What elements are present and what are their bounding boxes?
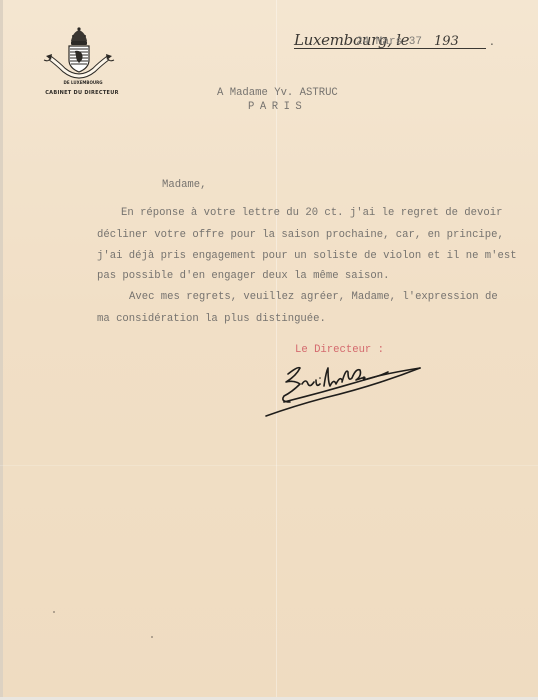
- recipient-city: PARIS: [248, 101, 307, 113]
- body-line: ma considération la plus distinguée.: [97, 313, 326, 325]
- signature-icon: [264, 358, 424, 420]
- paper-speck: [151, 636, 153, 638]
- typed-date: 24 Mars 37: [356, 36, 422, 48]
- paper-speck: [53, 611, 55, 613]
- recipient-name: A Madame Yv. ASTRUC: [217, 87, 338, 99]
- scan-left-edge: [0, 0, 3, 700]
- horizontal-fold-line: [0, 465, 538, 466]
- printed-year: 193: [434, 34, 459, 49]
- letterhead-department: CABINET DU DIRECTEUR: [42, 90, 122, 96]
- letter-page: DE LUXEMBOURG CABINET DU DIRECTEUR Luxem…: [0, 0, 538, 700]
- body-line: décliner votre offre pour la saison proc…: [97, 229, 504, 241]
- letterhead-city: DE LUXEMBOURG: [58, 80, 108, 85]
- dateline-dot: .: [490, 34, 494, 48]
- body-line: Avec mes regrets, veuillez agréer, Madam…: [129, 291, 498, 303]
- body-line: j'ai déjà pris engagement pour un solist…: [97, 250, 517, 262]
- dateline: Luxembourg, le 24 Mars 37 193 .: [294, 31, 530, 53]
- signatory-title: Le Directeur :: [295, 344, 384, 356]
- body-line: pas possible d'en engager deux la même s…: [97, 270, 389, 282]
- dateline-rule: [294, 48, 486, 49]
- salutation: Madame,: [162, 179, 207, 191]
- body-line: En réponse à votre lettre du 20 ct. j'ai…: [121, 207, 502, 219]
